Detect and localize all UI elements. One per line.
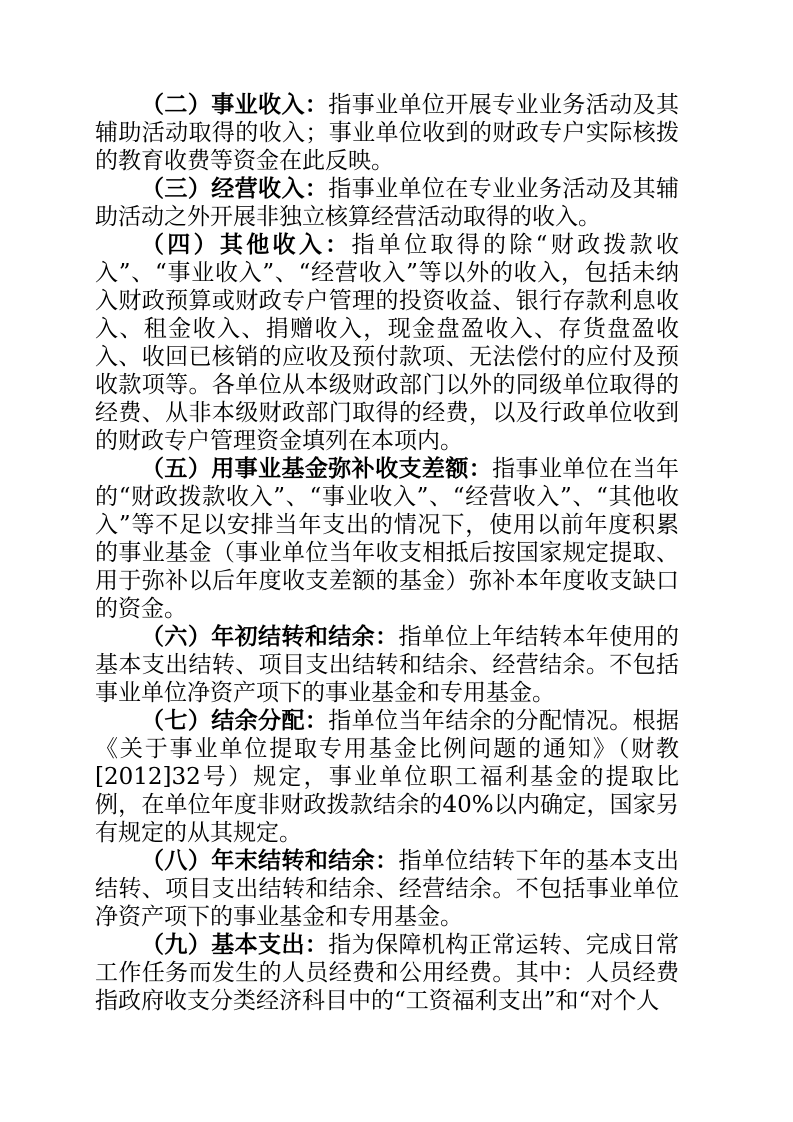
- document-page: （二）事业收入：指事业单位开展专业业务活动及其辅助活动取得的收入；事业单位收到的…: [0, 0, 793, 1122]
- paragraph-operating-income: （三）经营收入：指事业单位在专业业务活动及其辅助活动之外开展非独立核算经营活动取…: [95, 175, 679, 231]
- term-definition: 指单位取得的除“财政拨款收入”、“事业收入”、“经营收入”等以外的收入，包括未纳…: [95, 232, 679, 454]
- paragraph-other-income: （四）其他收入：指单位取得的除“财政拨款收入”、“事业收入”、“经营收入”等以外…: [95, 231, 679, 455]
- paragraph-basic-expenditure: （九）基本支出：指为保障机构正常运转、完成日常工作任务而发生的人员经费和公用经费…: [95, 931, 679, 1015]
- term-heading: （八）年末结转和结余：: [141, 847, 399, 874]
- term-heading: （三）经营收入：: [141, 175, 328, 202]
- paragraph-year-end-balance: （八）年末结转和结余：指单位结转下年的基本支出结转、项目支出结转和结余、经营结余…: [95, 847, 679, 931]
- term-heading: （九）基本支出：: [141, 931, 328, 958]
- paragraph-business-income: （二）事业收入：指事业单位开展专业业务活动及其辅助活动取得的收入；事业单位收到的…: [95, 91, 679, 175]
- paragraph-surplus-distribution: （七）结余分配：指单位当年结余的分配情况。根据《关于事业单位提取专用基金比例问题…: [95, 707, 679, 847]
- paragraph-fund-deficit-subsidy: （五）用事业基金弥补收支差额：指事业单位在当年的“财政拨款收入”、“事业收入”、…: [95, 455, 679, 623]
- term-heading: （五）用事业基金弥补收支差额：: [141, 455, 492, 482]
- term-heading: （七）结余分配：: [141, 707, 328, 734]
- term-heading: （六）年初结转和结余：: [141, 623, 399, 650]
- term-heading: （二）事业收入：: [141, 91, 328, 118]
- paragraph-beginning-year-balance: （六）年初结转和结余：指单位上年结转本年使用的基本支出结转、项目支出结转和结余、…: [95, 623, 679, 707]
- term-heading: （四）其他收入：: [141, 231, 352, 258]
